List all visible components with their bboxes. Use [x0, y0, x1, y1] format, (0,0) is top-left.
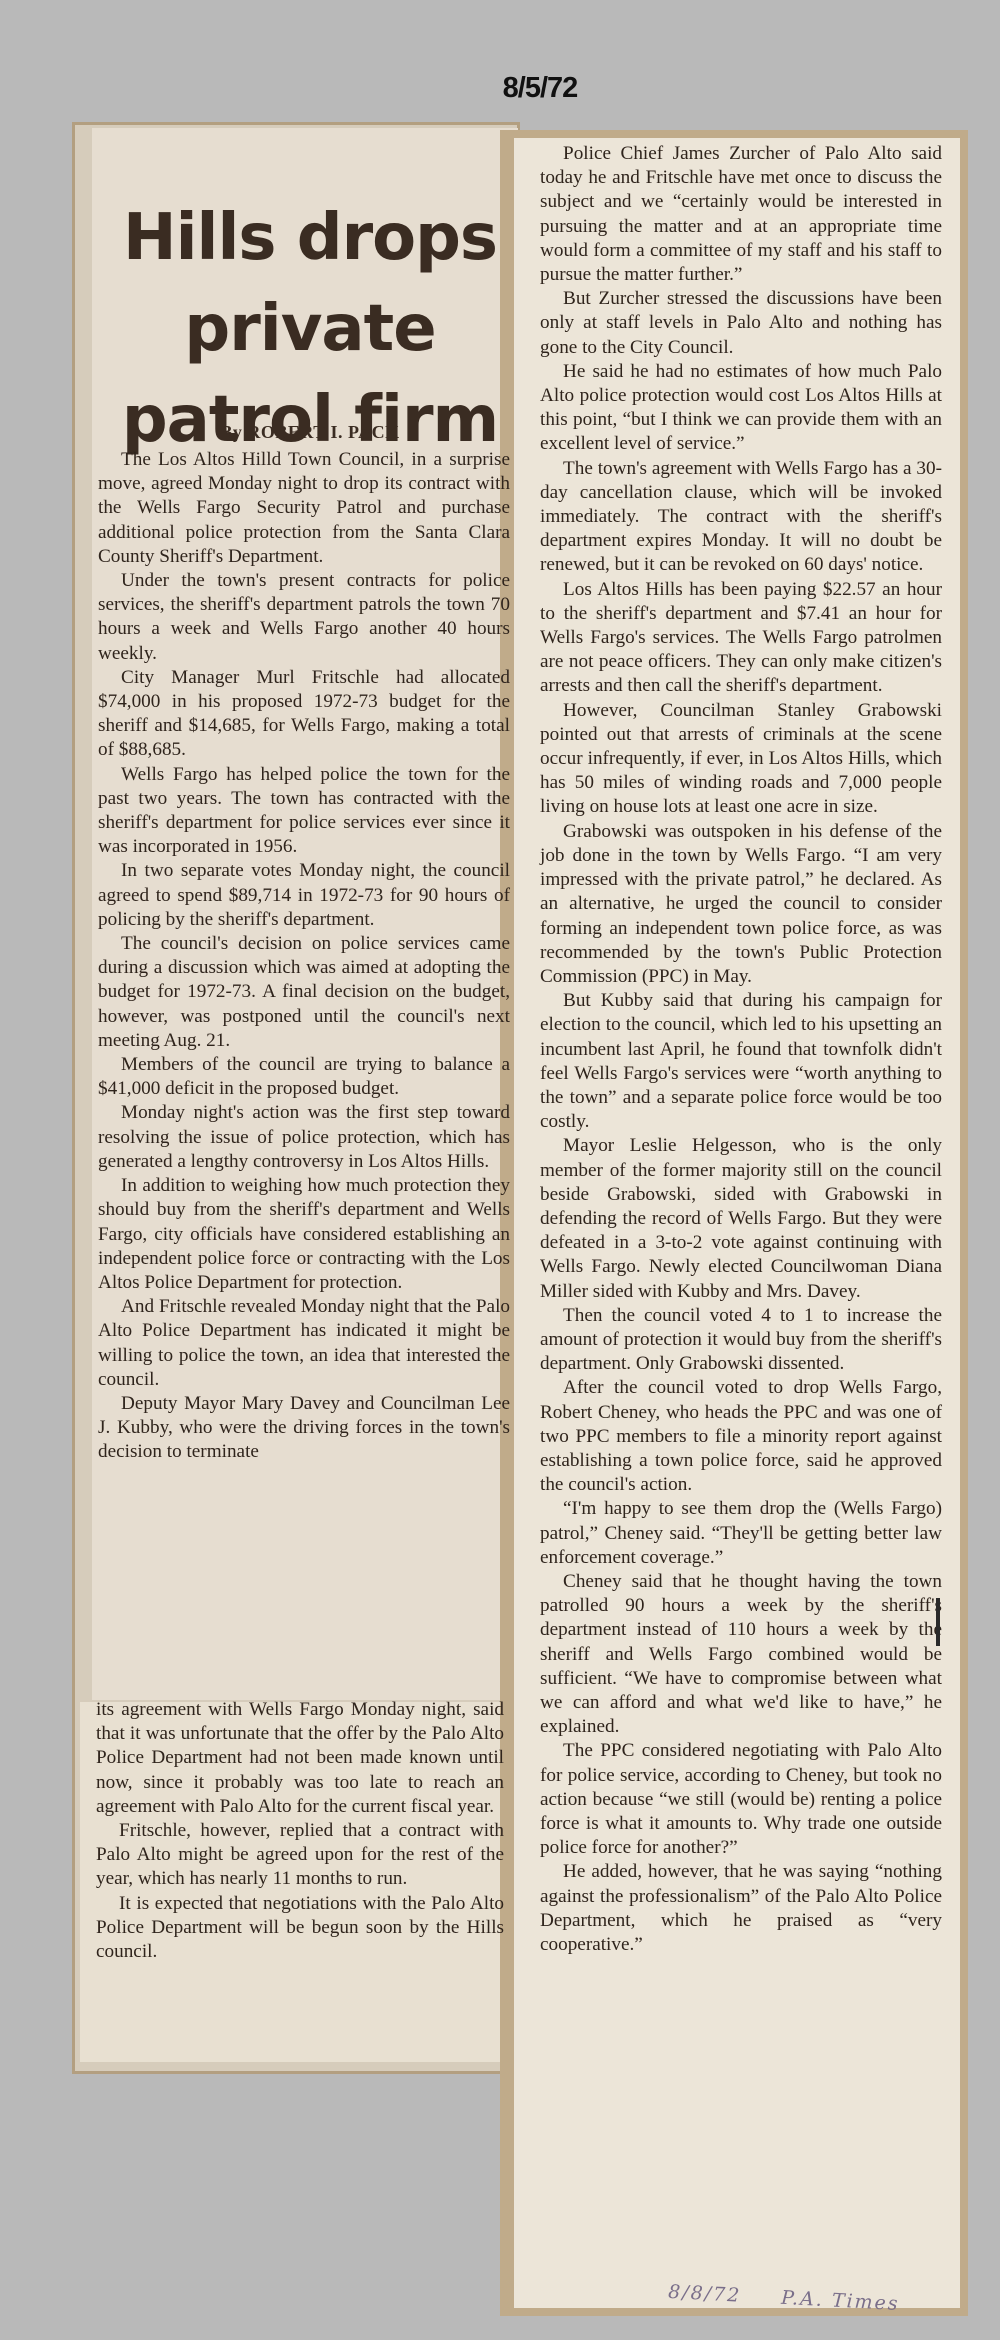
paragraph: Deputy Mayor Mary Davey and Councilman L… [98, 1392, 510, 1465]
paragraph: After the council voted to drop Wells Fa… [540, 1376, 942, 1497]
paragraph: its agreement with Wells Fargo Monday ni… [96, 1698, 504, 1819]
paragraph: Under the town's present contracts for p… [98, 569, 510, 666]
paragraph: Monday night's action was the first step… [98, 1101, 510, 1174]
paragraph: The PPC considered negotiating with Palo… [540, 1739, 942, 1860]
article-column-left-continued: its agreement with Wells Fargo Monday ni… [96, 1698, 504, 1964]
article-column-right: Police Chief James Zurcher of Palo Alto … [540, 142, 942, 1957]
paragraph: Grabowski was outspoken in his defense o… [540, 820, 942, 989]
scan-edge-mark [936, 1598, 940, 1646]
paragraph: But Zurcher stressed the discussions hav… [540, 287, 942, 360]
paragraph: The town's agreement with Wells Fargo ha… [540, 457, 942, 578]
paragraph: Wells Fargo has helped police the town f… [98, 763, 510, 860]
paragraph: The Los Altos Hilld Town Council, in a s… [98, 448, 510, 569]
paragraph: He added, however, that he was saying “n… [540, 1860, 942, 1957]
article-byline: By ROBERT I. PACK [120, 422, 500, 443]
paragraph: However, Councilman Stanley Grabowski po… [540, 699, 942, 820]
paragraph: Police Chief James Zurcher of Palo Alto … [540, 142, 942, 287]
paragraph: It is expected that negotiations with th… [96, 1892, 504, 1965]
paragraph: In two separate votes Monday night, the … [98, 859, 510, 932]
paragraph: Cheney said that he thought having the t… [540, 1570, 942, 1739]
paragraph: But Kubby said that during his campaign … [540, 989, 942, 1134]
paragraph: Members of the council are trying to bal… [98, 1053, 510, 1101]
archive-date-label: 8/5/72 [0, 72, 1000, 105]
paragraph: City Manager Murl Fritschle had allocate… [98, 666, 510, 763]
handwritten-date: 8/8/72 [668, 2281, 742, 2307]
paragraph: In addition to weighing how much protect… [98, 1174, 510, 1295]
paragraph: Los Altos Hills has been paying $22.57 a… [540, 578, 942, 699]
article-column-left: The Los Altos Hilld Town Council, in a s… [98, 448, 510, 1465]
paragraph: Fritschle, however, replied that a contr… [96, 1819, 504, 1892]
paragraph: “I'm happy to see them drop the (Wells F… [540, 1497, 942, 1570]
paragraph: And Fritschle revealed Monday night that… [98, 1295, 510, 1392]
paragraph: He said he had no estimates of how much … [540, 360, 942, 457]
paragraph: The council's decision on police service… [98, 932, 510, 1053]
paragraph: Then the council voted 4 to 1 to increas… [540, 1304, 942, 1377]
paragraph: Mayor Leslie Helgesson, who is the only … [540, 1134, 942, 1303]
